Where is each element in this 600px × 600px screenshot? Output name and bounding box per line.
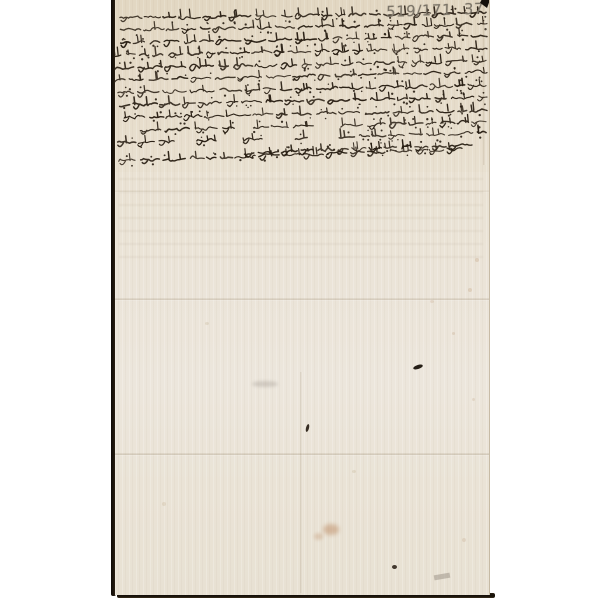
manuscript-line <box>245 139 473 159</box>
archival-number: 519/17137 <box>386 0 490 21</box>
photo-background: 519/17137 <box>0 0 600 600</box>
manuscript-line <box>115 41 487 61</box>
document-paper: 519/17137 <box>115 0 490 595</box>
manuscript-line <box>120 91 487 109</box>
reference-number: 519/171 <box>386 1 452 21</box>
manuscript-handwriting <box>115 0 489 595</box>
manuscript-line <box>118 78 486 97</box>
manuscript-line <box>118 125 486 148</box>
manuscript-line <box>121 29 487 48</box>
manuscript-line <box>140 115 486 136</box>
manuscript-line <box>115 67 487 82</box>
